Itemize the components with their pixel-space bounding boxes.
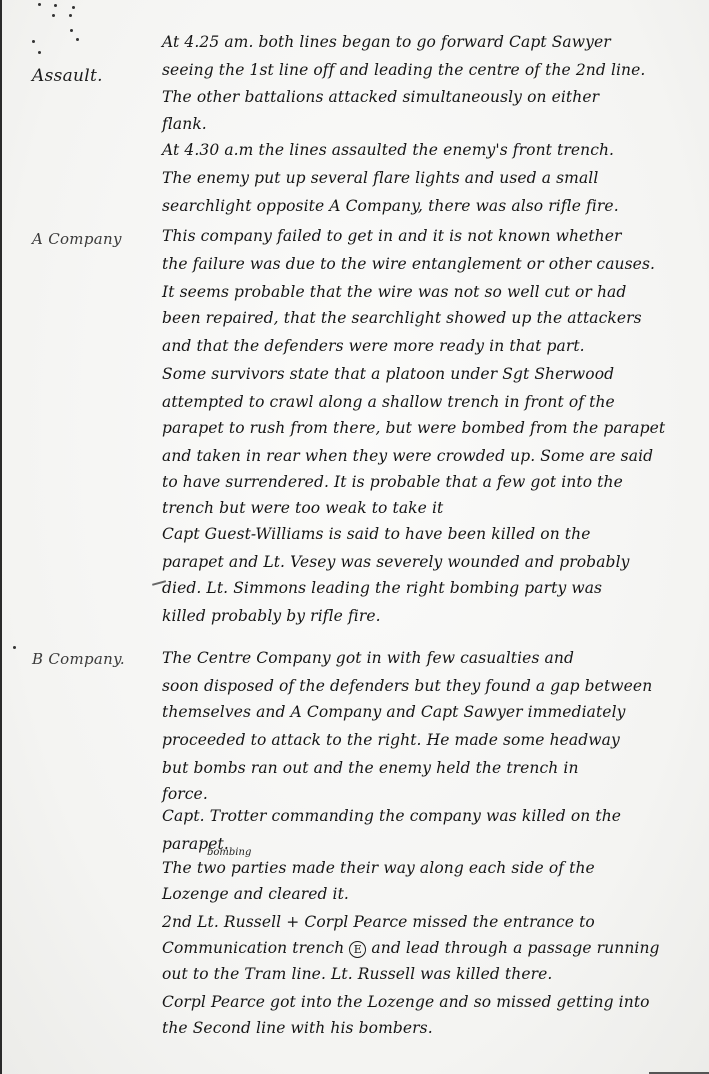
text-line: flank.: [162, 114, 692, 134]
text-line: themselves and A Company and Capt Sawyer…: [162, 702, 692, 722]
ink-speck: [38, 3, 41, 6]
text-line: Some survivors state that a platoon unde…: [162, 364, 692, 384]
circled-letter-marker: E: [349, 941, 366, 958]
text-line: At 4.25 am. both lines began to go forwa…: [162, 32, 692, 52]
text-line: proceeded to attack to the right. He mad…: [162, 730, 692, 750]
text-line-with-circled-letter: Communication trench E and lead through …: [162, 938, 692, 958]
text-line: The other battalions attacked simultaneo…: [162, 87, 692, 107]
section-heading-a-company: A Company: [32, 230, 122, 248]
text-line: killed probably by rifle fire.: [162, 606, 692, 626]
text-line: the Second line with his bombers.: [162, 1018, 692, 1038]
insertion-above-line: bombing: [207, 847, 251, 858]
text-line: force.: [162, 784, 692, 804]
text-line: parapet and Lt. Vesey was severely wound…: [162, 552, 692, 572]
ink-speck: [54, 4, 57, 7]
ink-speck: [76, 38, 79, 41]
text-segment: and lead through a passage running: [371, 939, 659, 957]
text-line: been repaired, that the searchlight show…: [162, 308, 692, 328]
text-line: and that the defenders were more ready i…: [162, 336, 692, 356]
text-line: died. Lt. Simmons leading the right bomb…: [162, 578, 692, 598]
text-line: out to the Tram line. Lt. Russell was ki…: [162, 964, 692, 984]
text-line: The Centre Company got in with few casua…: [162, 648, 692, 668]
text-line: seeing the 1st line off and leading the …: [162, 60, 692, 80]
text-line: Capt. Trotter commanding the company was…: [162, 806, 692, 826]
text-line: soon disposed of the defenders but they …: [162, 676, 692, 696]
text-line: trench but were too weak to take it: [162, 498, 692, 518]
text-line: The two parties made their way along eac…: [162, 858, 692, 878]
text-line: At 4.30 a.m the lines assaulted the enem…: [162, 140, 692, 160]
ink-speck: [32, 40, 35, 43]
text-line: Lozenge and cleared it.: [162, 884, 692, 904]
text-line: searchlight opposite A Company, there wa…: [162, 196, 692, 216]
text-line: attempted to crawl along a shallow trenc…: [162, 392, 692, 412]
ink-speck: [38, 51, 41, 54]
text-line: and taken in rear when they were crowded…: [162, 446, 692, 466]
diary-page: Assault. A Company B Company. At 4.25 am…: [0, 0, 709, 1074]
ink-speck: [72, 6, 75, 9]
text-line: This company failed to get in and it is …: [162, 226, 692, 246]
text-line: parapet to rush from there, but were bom…: [162, 418, 692, 438]
ink-speck: [13, 646, 16, 649]
text-line: 2nd Lt. Russell + Corpl Pearce missed th…: [162, 912, 692, 932]
section-heading-b-company: B Company.: [32, 650, 125, 668]
text-segment: Communication trench: [162, 939, 344, 957]
text-line: Capt Guest-Williams is said to have been…: [162, 524, 692, 544]
section-heading-assault: Assault.: [32, 66, 103, 86]
ink-speck: [70, 29, 73, 32]
ink-speck: [52, 14, 55, 17]
text-line: to have surrendered. It is probable that…: [162, 472, 692, 492]
text-line: Corpl Pearce got into the Lozenge and so…: [162, 992, 692, 1012]
text-line: The enemy put up several flare lights an…: [162, 168, 692, 188]
text-line: It seems probable that the wire was not …: [162, 282, 692, 302]
text-line: but bombs ran out and the enemy held the…: [162, 758, 692, 778]
ink-speck: [69, 14, 72, 17]
text-line: the failure was due to the wire entangle…: [162, 254, 692, 274]
